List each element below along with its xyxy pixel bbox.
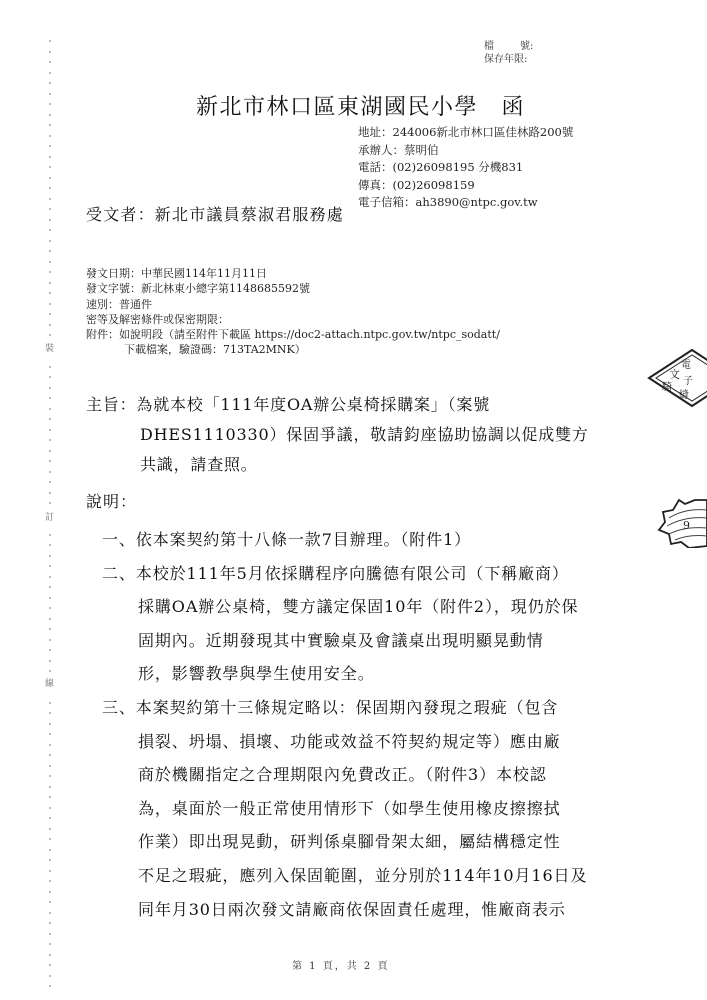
- binding-dot: [49, 439, 51, 441]
- binding-dot: [49, 135, 51, 137]
- binding-dot: [49, 670, 51, 672]
- binding-dot: [49, 271, 51, 273]
- archive-info: 檔號: 保存年限:: [484, 40, 533, 66]
- binding-dot: [49, 240, 51, 242]
- svg-text:電: 電: [681, 359, 691, 371]
- address: 地址：244006新北市林口區佳林路200號: [358, 124, 573, 142]
- binding-dot: [49, 82, 51, 84]
- handler: 承辦人：蔡明伯: [358, 142, 573, 160]
- binding-dot: [49, 807, 51, 809]
- binding-dot: [49, 933, 51, 935]
- binding-dot: [49, 198, 51, 200]
- item-line: 二、本校於111年5月依採購程序向騰德有限公司（下稱廠商）: [102, 557, 587, 591]
- phone: 電話：(02)26098195 分機831: [358, 159, 573, 177]
- explanation-item-1: 一、依本案契約第十八條一款7目辦理。（附件1）: [102, 523, 587, 557]
- binding-dot: [49, 639, 51, 641]
- binding-dot: [49, 292, 51, 294]
- file-number-label: 檔號:: [484, 40, 533, 53]
- subject-line: DHES1110330）保固爭議，敬請鈞座協助協調以促成雙方: [86, 420, 589, 450]
- binding-dot: [49, 786, 51, 788]
- binding-dot: [49, 261, 51, 263]
- svg-text:文: 文: [669, 368, 680, 381]
- svg-text:子: 子: [683, 375, 693, 387]
- binding-dot: [49, 912, 51, 914]
- item-line: 為，桌面於一般正常使用情形下（如學生使用橡皮擦擦拭: [102, 792, 587, 826]
- page-number: 第 1 頁，共 2 頁: [292, 957, 389, 972]
- recipient: 受文者：新北市議員蔡淑君服務處: [86, 202, 344, 225]
- binding-dot: [49, 177, 51, 179]
- binding-dot: [49, 891, 51, 893]
- item-line: 形，影響教學與學生使用安全。: [102, 657, 587, 691]
- binding-dot: [49, 775, 51, 777]
- document-meta: 發文日期：中華民國114年11月11日 發文字號：新北林東小總字第1148685…: [86, 266, 500, 358]
- seal-stamp-icon: 文 電 騎 子 縫: [647, 348, 707, 408]
- item-line: 損裂、坍塌、損壞、功能或效益不符契約規定等）應由廠: [102, 725, 587, 759]
- item-line: 商於機關指定之合理期限內免費改正。（附件3）本校認: [102, 758, 587, 792]
- binding-dot: [49, 303, 51, 305]
- binding-dot: [49, 754, 51, 756]
- binding-dot: [49, 817, 51, 819]
- subject-line: 主旨：為就本校「111年度OA辦公桌椅採購案」（案號: [86, 390, 589, 420]
- binding-dot: [49, 796, 51, 798]
- binding-dot: [49, 481, 51, 483]
- binding-dot: [49, 324, 51, 326]
- binding-dot: [49, 502, 51, 504]
- item-line: 同年月30日兩次發文請廠商依保固責任處理，惟廠商表示: [102, 893, 587, 927]
- binding-dot: [49, 40, 51, 42]
- binding-dot: [49, 471, 51, 473]
- binding-dot: [49, 313, 51, 315]
- binding-dot: [49, 114, 51, 116]
- binding-dot: [49, 387, 51, 389]
- binding-dot: [49, 849, 51, 851]
- binding-dot: [49, 429, 51, 431]
- binding-dot: [49, 72, 51, 74]
- binding-dot: [49, 418, 51, 420]
- contact-block: 地址：244006新北市林口區佳林路200號 承辦人：蔡明伯 電話：(02)26…: [358, 124, 573, 212]
- binding-dot: [49, 607, 51, 609]
- binding-dot: [49, 765, 51, 767]
- binding-dot: [49, 880, 51, 882]
- binding-dot: [49, 408, 51, 410]
- subject-line: 共識，請查照。: [86, 450, 589, 480]
- binding-dot: [49, 586, 51, 588]
- svg-text:縫: 縫: [679, 388, 689, 401]
- item-line: 作業）即出現晃動，研判係桌腳骨架太細，屬結構穩定性: [102, 825, 587, 859]
- binding-dot: [49, 597, 51, 599]
- subject: 主旨：為就本校「111年度OA辦公桌椅採購案」（案號 DHES1110330）保…: [86, 390, 589, 480]
- binding-dot: [49, 618, 51, 620]
- binding-dot: [49, 366, 51, 368]
- secrecy-level: 密等及解密條件或保密期限：: [86, 312, 500, 327]
- binding-dot: [49, 901, 51, 903]
- binding-dot: [49, 492, 51, 494]
- binding-dot: [49, 660, 51, 662]
- binding-mark-xian: 線: [45, 676, 54, 689]
- svg-text:騎: 騎: [661, 380, 672, 393]
- binding-dot: [49, 93, 51, 95]
- document-number: 發文字號：新北林東小總字第1148685592號: [86, 281, 500, 296]
- binding-dot: [49, 534, 51, 536]
- gear-seal-stamp-icon: 9: [655, 498, 707, 548]
- binding-dot: [49, 460, 51, 462]
- item-line: 一、依本案契約第十八條一款7目辦理。（附件1）: [102, 523, 587, 557]
- binding-dot: [49, 208, 51, 210]
- binding-dot: [49, 964, 51, 966]
- binding-dot: [49, 376, 51, 378]
- binding-dot: [49, 954, 51, 956]
- binding-dot: [49, 397, 51, 399]
- explanation-heading: 說明：: [86, 489, 137, 512]
- binding-dot: [49, 576, 51, 578]
- binding-dot: [49, 61, 51, 63]
- binding-dot: [49, 628, 51, 630]
- binding-dot: [49, 555, 51, 557]
- binding-dot: [49, 450, 51, 452]
- binding-dot: [49, 649, 51, 651]
- binding-dot: [49, 334, 51, 336]
- binding-dot: [49, 943, 51, 945]
- binding-dot: [49, 219, 51, 221]
- binding-dot: [49, 103, 51, 105]
- binding-dot: [49, 733, 51, 735]
- item-line: 不足之瑕疵，應列入保固範圍，並分別於114年10月16日及: [102, 859, 587, 893]
- delivery-speed: 速別：普通件: [86, 297, 500, 312]
- attachment-line: 附件：如說明段（請至附件下載區 https://doc2-attach.ntpc…: [86, 327, 500, 342]
- binding-dot: [49, 282, 51, 284]
- binding-dot: [49, 124, 51, 126]
- binding-dot: [49, 828, 51, 830]
- binding-dot: [49, 145, 51, 147]
- binding-dot: [49, 859, 51, 861]
- binding-dot: [49, 51, 51, 53]
- explanation-item-3: 三、本案契約第十三條規定略以：保固期內發現之瑕疵（包含 損裂、坍塌、損壞、功能或…: [102, 691, 587, 926]
- binding-dot: [49, 565, 51, 567]
- document-title: 新北市林口區東湖國民小學 函: [196, 90, 525, 121]
- binding-dot: [49, 712, 51, 714]
- binding-dot: [49, 250, 51, 252]
- binding-dot: [49, 744, 51, 746]
- binding-dot: [49, 922, 51, 924]
- svg-text:9: 9: [683, 519, 690, 532]
- binding-dot: [49, 985, 51, 987]
- fax: 傳真：(02)26098159: [358, 177, 573, 195]
- binding-mark-zhuang: 裝: [45, 341, 54, 354]
- binding-dot: [49, 187, 51, 189]
- binding-dot: [49, 156, 51, 158]
- explanation-item-2: 二、本校於111年5月依採購程序向騰德有限公司（下稱廠商） 採購OA辦公桌椅，雙…: [102, 557, 587, 691]
- binding-dot: [49, 870, 51, 872]
- attachment-line-cont: 下載檔案，驗證碼：713TA2MNK）: [86, 342, 500, 357]
- item-line: 三、本案契約第十三條規定略以：保固期內發現之瑕疵（包含: [102, 691, 587, 725]
- binding-dot: [49, 723, 51, 725]
- binding-dot: [49, 229, 51, 231]
- item-line: 固期內。近期發現其中實驗桌及會議桌出現明顯晃動情: [102, 624, 587, 658]
- binding-line: 裝 訂 線: [46, 0, 56, 1000]
- issue-date: 發文日期：中華民國114年11月11日: [86, 266, 500, 281]
- explanation-items: 一、依本案契約第十八條一款7目辦理。（附件1） 二、本校於111年5月依採購程序…: [102, 523, 587, 926]
- binding-dot: [49, 975, 51, 977]
- binding-dot: [49, 544, 51, 546]
- item-line: 採購OA辦公桌椅，雙方議定保固10年（附件2），現仍於保: [102, 590, 587, 624]
- retention-period-label: 保存年限:: [484, 53, 533, 66]
- binding-mark-ding: 訂: [45, 510, 54, 523]
- email: 電子信箱：ah3890@ntpc.gov.tw: [358, 194, 573, 212]
- binding-dot: [49, 166, 51, 168]
- binding-dot: [49, 702, 51, 704]
- binding-dot: [49, 838, 51, 840]
